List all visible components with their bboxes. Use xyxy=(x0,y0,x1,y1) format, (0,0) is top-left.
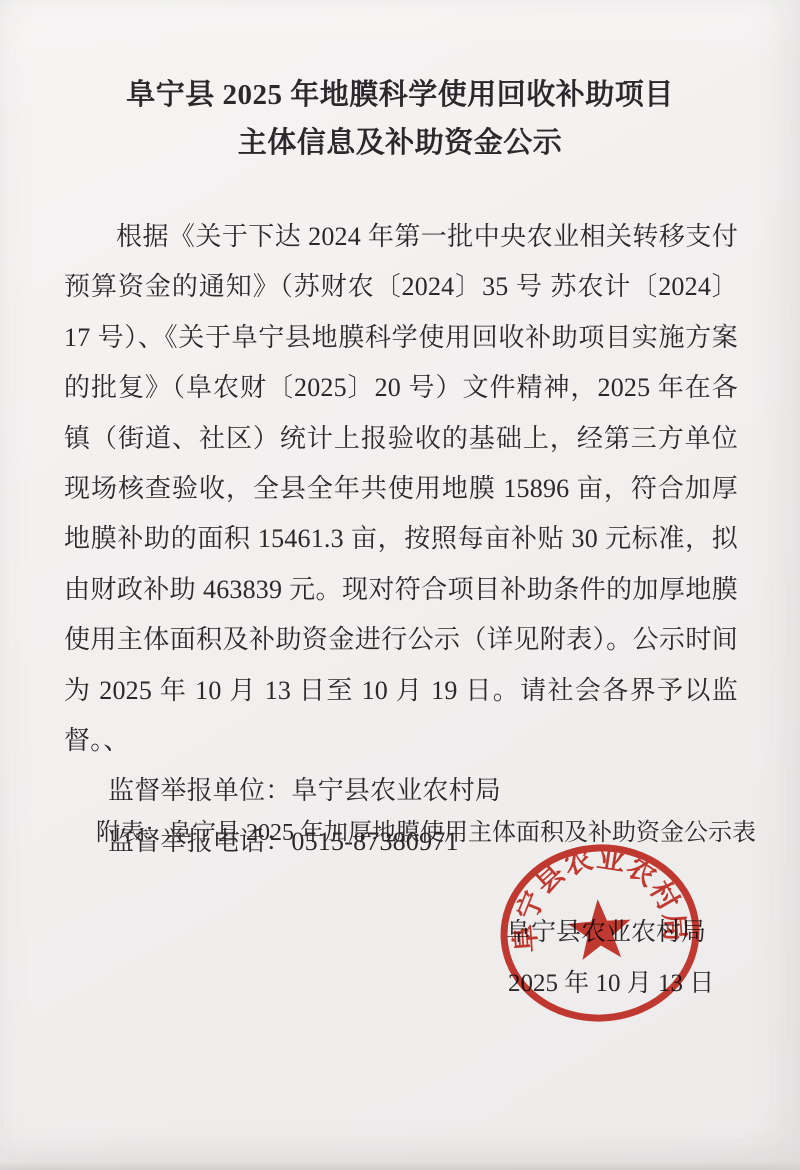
document-body: 根据《关于下达 2024 年第一批中央农业相关转移支付预算资金的通知》（苏财农〔… xyxy=(64,212,738,867)
supervision-unit-label: 监督举报单位： xyxy=(108,776,291,805)
photo-bottom-shadow xyxy=(0,1162,800,1170)
signature-org: 阜宁县农业农村局 xyxy=(506,918,706,948)
supervision-unit-value: 阜宁县农业农村局 xyxy=(291,776,501,805)
body-paragraph: 根据《关于下达 2024 年第一批中央农业相关转移支付预算资金的通知》（苏财农〔… xyxy=(64,212,738,766)
attachment-note: 附表：阜宁县 2025 年加厚地膜使用主体面积及补助资金公示表 xyxy=(96,812,756,847)
document-title-line2: 主体信息及补助资金公示 xyxy=(0,120,800,161)
document-title-line1: 阜宁县 2025 年地膜科学使用回收补助项目 xyxy=(0,72,800,113)
supervision-unit-line: 监督举报单位：阜宁县农业农村局 xyxy=(64,766,738,816)
document-photo: 阜宁县 2025 年地膜科学使用回收补助项目 主体信息及补助资金公示 根据《关于… xyxy=(0,0,800,1170)
signature-date: 2025 年 10 月 13 日 xyxy=(508,968,714,1000)
